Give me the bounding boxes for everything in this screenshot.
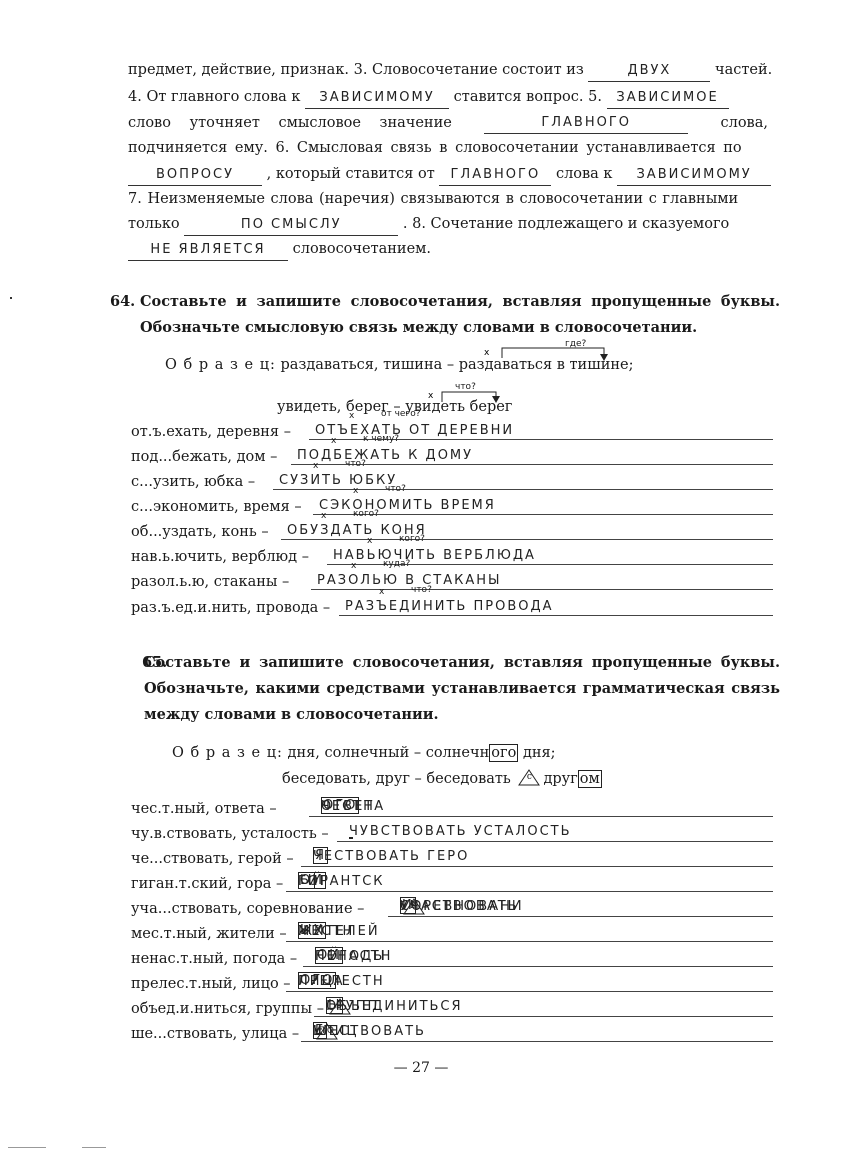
answer-field[interactable]: ОБУЗДАТЬ КОНЯ bbox=[281, 519, 773, 540]
row-prompt: объед.и.ниться, группы – bbox=[131, 1001, 324, 1017]
main-word-marker: x bbox=[313, 461, 318, 471]
row-prompt: чу.в.ствовать, усталость – bbox=[131, 826, 329, 842]
page-number: — 27 — bbox=[0, 1060, 842, 1076]
answer-text: ОТВЕТА bbox=[321, 799, 385, 814]
exercise-row: об...уздать, конь –ОБУЗДАТЬ КОНЯxкого? bbox=[131, 520, 773, 542]
answer-text: ЧУВСТВОВАТЬ УСТАЛОСТЬ bbox=[349, 824, 572, 839]
static-text: частей. bbox=[715, 62, 772, 78]
static-text: 4. От главного слова к bbox=[128, 89, 300, 105]
answer-field[interactable]: РАЗЪЕДИНИТЬ ПРОВОДА bbox=[339, 595, 773, 616]
ending-box bbox=[349, 837, 353, 839]
question-label: что? bbox=[385, 484, 406, 494]
question-label: что? bbox=[455, 382, 476, 392]
row-prompt: разол.ь.ю, стаканы – bbox=[131, 574, 289, 590]
answer-field[interactable]: ЧЕСТВОВАТЬ ГЕРОЯ bbox=[301, 846, 773, 867]
question-label: что? bbox=[411, 585, 432, 595]
answer-field[interactable]: СЭКОНОМИТЬ ВРЕМЯ bbox=[313, 494, 773, 515]
question-label: кого? bbox=[399, 534, 425, 544]
exercise-row: чу.в.ствовать, усталость –ЧУВСТВОВАТЬ УС… bbox=[131, 822, 773, 844]
preposition-triangle-icon: с bbox=[518, 769, 540, 785]
exercise-row: ше...ствовать, улица –ШЕСТВОВАТЬ ПО УЛИЦ… bbox=[131, 1022, 773, 1044]
intro-line-7: только ПО СМЫСЛУ . 8. Сочетание подлежащ… bbox=[128, 214, 768, 236]
static-text: предмет, действие, признак. 3. Словосоче… bbox=[128, 62, 584, 78]
question-label: к чему? bbox=[363, 434, 399, 444]
answer-text: СОРЕВНОВАНИ bbox=[400, 899, 524, 914]
answer-text: РАЗЪЕДИНИТЬ ПРОВОДА bbox=[345, 599, 554, 614]
question-label: от чего? bbox=[381, 409, 420, 419]
answer-text: ЖИТЕЛЕЙ bbox=[298, 924, 380, 939]
row-prompt: с...экономить, время – bbox=[131, 499, 302, 515]
answer-field[interactable]: МЕСТНЫХ ЖИТЕЛЕЙ bbox=[286, 921, 773, 942]
intro-line-4: подчиняется ему. 6. Смысловая связь в сл… bbox=[128, 138, 768, 158]
answer-field[interactable]: ЗАВИСИМОМУ bbox=[305, 88, 449, 109]
intro-line-3: слово уточняет смысловое значение ГЛАВНО… bbox=[128, 113, 768, 134]
exercise-row: нав.ь.ючить, верблюд –НАВЬЮЧИТЬ ВЕРБЛЮДА… bbox=[131, 545, 773, 567]
row-prompt: че...ствовать, герой – bbox=[131, 851, 294, 867]
answer-field[interactable]: ДВУХ bbox=[588, 61, 710, 82]
exercise-row: уча...ствовать, соревнование –УЧАСТВОВАТ… bbox=[131, 897, 773, 919]
exercise-row: с...экономить, время –СЭКОНОМИТЬ ВРЕМЯxч… bbox=[131, 495, 773, 517]
exercise-row: объед.и.ниться, группы –ОБЪЕДИНИТЬСЯ В Г… bbox=[131, 997, 773, 1019]
ending-box: И bbox=[400, 897, 416, 914]
scan-artifact bbox=[8, 1147, 46, 1148]
intro-line-6: 7. Неизменяемые слова (наречия) связываю… bbox=[128, 189, 768, 209]
ending-box: Е bbox=[313, 1022, 327, 1039]
static-text: . 8. Сочетание подлежащего и сказуемого bbox=[403, 216, 729, 232]
answer-field[interactable]: ПРЕЛЕСТНОГО ЛИЦА bbox=[286, 971, 773, 992]
exercise-65-sample-2: беседовать, друг – беседовать с другом bbox=[282, 769, 602, 787]
answer-field[interactable]: ЧУВСТВОВАТЬ УСТАЛОСТЬ bbox=[337, 821, 773, 842]
exercise-row: от.ъ.ехать, деревня –ОТЪЕХАТЬ ОТ ДЕРЕВНИ… bbox=[131, 420, 773, 442]
answer-field[interactable]: ПО СМЫСЛУ bbox=[184, 215, 398, 236]
instruction-text: Составьте и запишите словосочетания, вст… bbox=[140, 650, 780, 728]
row-prompt: с...узить, юбка – bbox=[131, 474, 255, 490]
row-prompt: ше...ствовать, улица – bbox=[131, 1026, 299, 1042]
question-label: что? bbox=[345, 459, 366, 469]
exercise-64-instruction: 64. Составьте и запишите словосочетания,… bbox=[112, 289, 780, 341]
svg-text:x: x bbox=[484, 348, 490, 358]
sample-label: О б р а з е ц: bbox=[165, 357, 276, 373]
row-prompt: уча...ствовать, соревнование – bbox=[131, 901, 364, 917]
static-text: ставится вопрос. 5. bbox=[454, 89, 602, 105]
main-word-marker: x bbox=[367, 536, 372, 546]
exercise-number: 65. bbox=[142, 650, 167, 676]
main-word-marker: x bbox=[331, 436, 336, 446]
answer-field[interactable]: ГЛАВНОГО bbox=[439, 165, 551, 186]
answer-field[interactable]: ГИГАНТСКОЙ ГОРЫ bbox=[286, 871, 773, 892]
main-word-marker: x bbox=[349, 411, 354, 421]
answer-field[interactable]: ЗАВИСИМОЕ bbox=[607, 88, 729, 109]
ending-box: ом bbox=[578, 770, 602, 788]
scan-artifact bbox=[10, 297, 12, 299]
main-word-marker: x bbox=[321, 511, 326, 521]
sample-text: друг bbox=[543, 771, 577, 787]
answer-field[interactable]: НЕ ЯВЛЯЕТСЯ bbox=[128, 240, 288, 261]
main-word-marker: x bbox=[353, 486, 358, 496]
row-prompt: мес.т.ный, жители – bbox=[131, 926, 287, 942]
answer-field[interactable]: УЧАСТВОВАТЬ В СОРЕВНОВАНИИ bbox=[388, 896, 773, 917]
static-text: только bbox=[128, 216, 180, 232]
answer-field[interactable]: ГЛАВНОГО bbox=[484, 113, 688, 134]
sample-text: дня; bbox=[523, 745, 556, 761]
row-prompt: ненас.т.ный, погода – bbox=[131, 951, 297, 967]
ending-box: Ы bbox=[298, 872, 315, 889]
exercise-row: че...ствовать, герой –ЧЕСТВОВАТЬ ГЕРОЯ bbox=[131, 847, 773, 869]
question-label: где? bbox=[565, 339, 586, 349]
row-prompt: гиган.т.ский, гора – bbox=[131, 876, 283, 892]
main-word-marker: x bbox=[379, 587, 384, 597]
exercise-row: мес.т.ный, жители –МЕСТНЫХ ЖИТЕЛЕЙ bbox=[131, 922, 773, 944]
scan-artifact bbox=[82, 1147, 106, 1148]
exercise-row: с...узить, юбка –СУЗИТЬ ЮБКУxчто? bbox=[131, 470, 773, 492]
intro-line-1: предмет, действие, признак. 3. Словосоче… bbox=[128, 60, 768, 82]
answer-field[interactable]: ОБЪЕДИНИТЬСЯ В ГРУППЫ bbox=[314, 996, 773, 1017]
row-prompt: чес.т.ный, ответа – bbox=[131, 801, 277, 817]
static-text: слова, bbox=[721, 113, 768, 134]
answer-field[interactable]: ШЕСТВОВАТЬ ПО УЛИЦЕ bbox=[301, 1021, 773, 1042]
row-prompt: об...уздать, конь – bbox=[131, 524, 269, 540]
static-text: словосочетанием. bbox=[293, 241, 431, 257]
svg-text:x: x bbox=[428, 391, 434, 401]
instruction-text: Составьте и запишите словосочетания, вст… bbox=[112, 289, 780, 341]
static-text: слово уточняет смысловое значение bbox=[128, 113, 452, 134]
exercise-number: 64. bbox=[110, 289, 135, 315]
static-text: , который ставится от bbox=[267, 166, 435, 182]
question-label: кого? bbox=[353, 509, 379, 519]
row-prompt: под...бежать, дом – bbox=[131, 449, 277, 465]
ending-box: ого bbox=[489, 744, 518, 762]
answer-text: СЭКОНОМИТЬ ВРЕМЯ bbox=[319, 498, 496, 513]
exercise-65-sample-1: О б р а з е ц: дня, солнечный – солнечно… bbox=[172, 745, 556, 761]
answer-text: ЛИЦА bbox=[298, 974, 345, 989]
exercise-row: гиган.т.ский, гора –ГИГАНТСКОЙ ГОРЫ bbox=[131, 872, 773, 894]
exercise-row: ненас.т.ный, погода –НЕНАСТНОЙ ПОГОДЫ bbox=[131, 947, 773, 969]
intro-line-5: ВОПРОСУ , который ставится от ГЛАВНОГО с… bbox=[128, 164, 768, 186]
intro-line-2: 4. От главного слова к ЗАВИСИМОМУ ставит… bbox=[128, 87, 768, 109]
answer-field[interactable]: НЕНАСТНОЙ ПОГОДЫ bbox=[303, 946, 773, 967]
sample-label: О б р а з е ц: bbox=[172, 745, 283, 761]
answer-field[interactable]: ЗАВИСИМОМУ bbox=[617, 165, 771, 186]
sample-text: беседовать, друг – беседовать bbox=[282, 771, 511, 787]
exercise-row: прелес.т.ный, лицо –ПРЕЛЕСТНОГО ЛИЦА bbox=[131, 972, 773, 994]
answer-field[interactable]: ЧЕСТНОГО ОТВЕТА bbox=[309, 796, 773, 817]
answer-text: ПОГОДЫ bbox=[315, 949, 387, 964]
answer-text: ПОДБЕЖАТЬ К ДОМУ bbox=[297, 448, 473, 463]
answer-text: СУЗИТЬ ЮБКУ bbox=[279, 473, 397, 488]
exercise-65-instruction: 65. Составьте и запишите словосочетания,… bbox=[112, 650, 780, 728]
question-label: куда? bbox=[383, 559, 410, 569]
answer-text: ЧЕСТВОВАТЬ ГЕРО bbox=[313, 849, 469, 864]
row-prompt: от.ъ.ехать, деревня – bbox=[131, 424, 291, 440]
row-prompt: нав.ь.ючить, верблюд – bbox=[131, 549, 309, 565]
exercise-row: разол.ь.ю, стаканы –РАЗОЛЬЮ В СТАКАНЫxку… bbox=[131, 570, 773, 592]
answer-field[interactable]: ВОПРОСУ bbox=[128, 165, 262, 186]
exercise-row: чес.т.ный, ответа –ЧЕСТНОГО ОТВЕТА bbox=[131, 797, 773, 819]
answer-text: НАВЬЮЧИТЬ ВЕРБЛЮДА bbox=[333, 548, 536, 563]
exercise-row: раз.ъ.ед.и.нить, провода –РАЗЪЕДИНИТЬ ПР… bbox=[131, 596, 773, 618]
row-prompt: прелес.т.ный, лицо – bbox=[131, 976, 291, 992]
static-text: подчиняется ему. 6. Смысловая связь в сл… bbox=[128, 140, 742, 156]
static-text: 7. Неизменяемые слова (наречия) связываю… bbox=[128, 191, 738, 207]
answer-text: ОТЪЕХАТЬ ОТ ДЕРЕВНИ bbox=[315, 423, 514, 438]
row-prompt: раз.ъ.ед.и.нить, провода – bbox=[131, 600, 330, 616]
dependency-arrow-icon: x bbox=[470, 338, 620, 362]
static-text: слова к bbox=[556, 166, 613, 182]
main-word-marker: x bbox=[351, 561, 356, 571]
answer-field[interactable]: СУЗИТЬ ЮБКУ bbox=[273, 469, 773, 490]
answer-text: РАЗОЛЬЮ В СТАКАНЫ bbox=[317, 573, 502, 588]
preposition-text: с bbox=[518, 772, 540, 782]
exercise-row: под...бежать, дом –ПОДБЕЖАТЬ К ДОМУxк че… bbox=[131, 445, 773, 467]
ending-box: Ы bbox=[326, 997, 343, 1014]
intro-line-8: НЕ ЯВЛЯЕТСЯ словосочетанием. bbox=[128, 239, 768, 261]
ending-box: Я bbox=[313, 847, 328, 864]
sample-text: дня, солнечный – солнечн bbox=[288, 745, 490, 761]
